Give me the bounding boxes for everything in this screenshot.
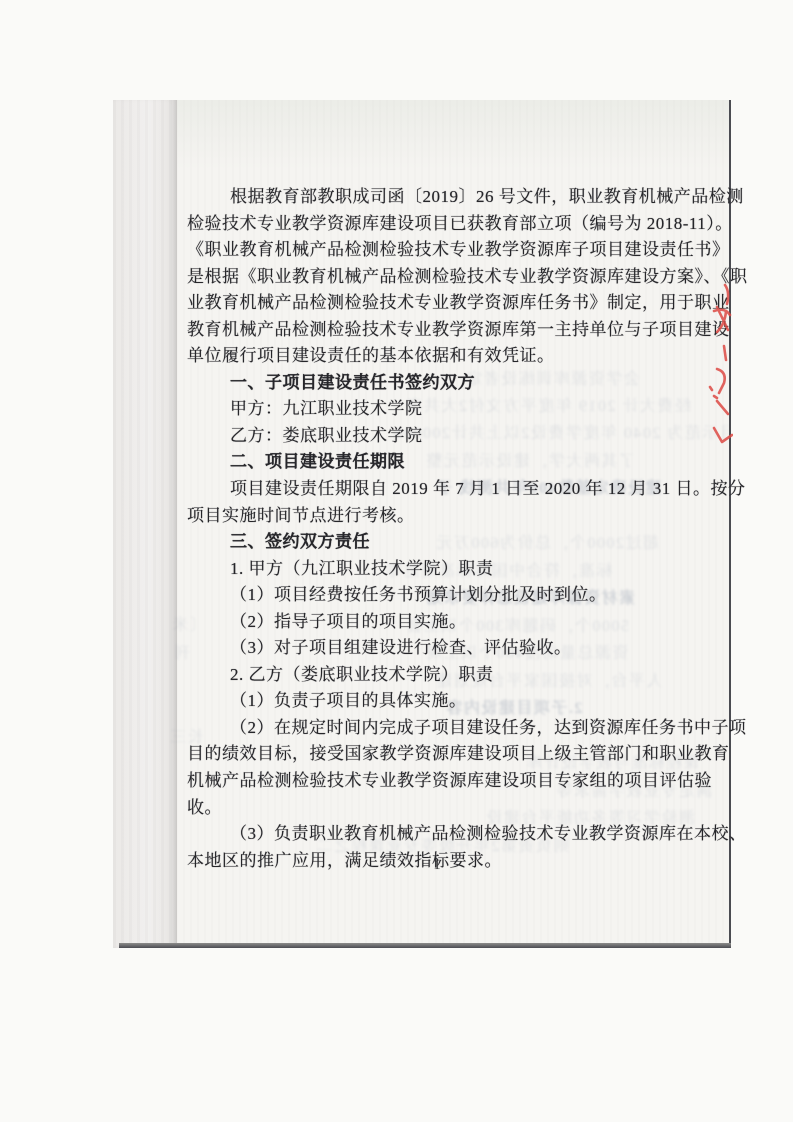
text-line: 检验技术专业教学资源库建设项目已获教育部立项（编号为 2018-11）。 [187, 211, 709, 238]
text-line: 乙方：娄底职业技术学院 [187, 423, 709, 450]
text-line: 教育机械产品检测检验技术专业教学资源库第一主持单位与子项目建设 [187, 317, 709, 344]
text-line: 目的绩效目标，接受国家教学资源库建设项目上级主管部门和职业教育 [187, 741, 709, 768]
text-line: 单位履行项目建设责任的基本依据和有效凭证。 [187, 343, 709, 370]
page-number: 1 [425, 858, 449, 874]
text-line: 项目实施时间节点进行考核。 [187, 503, 709, 530]
text-line: 二、项目建设责任期限 [187, 449, 709, 476]
text-line: 甲方：九江职业技术学院 [187, 396, 709, 423]
text-line: 根据教育部教职成司函〔2019〕26 号文件，职业教育机械产品检测 [187, 184, 709, 211]
text-line: 业教育机械产品检测检验技术专业教学资源库任务书》制定，用于职业 [187, 290, 709, 317]
text-line: 三、签约双方责任 [187, 529, 709, 556]
text-line: （2）在规定时间内完成子项目建设任务，达到资源库任务书中子项 [187, 715, 709, 742]
text-line: （3）对子项目组建设进行检查、评估验收。 [187, 635, 709, 662]
text-line: 收。 [187, 795, 709, 822]
text-line: 机械产品检测检验技术专业教学资源库建设项目专家组的项目评估验 [187, 768, 709, 795]
text-line: （3）负责职业教育机械产品检测检验技术专业教学资源库在本校、 [187, 821, 709, 848]
text-line: （1）负责子项目的具体实施。 [187, 688, 709, 715]
text-line: （2）指导子项目的项目实施。 [187, 609, 709, 636]
text-line: 一、子项目建设责任书签约双方 [187, 370, 709, 397]
text-line: 《职业教育机械产品检测检验技术专业教学资源库子项目建设责任书》 [187, 237, 709, 264]
text-line: 项目建设责任期限自 2019 年 7 月 1 日至 2020 年 12 月 31… [187, 476, 709, 503]
text-line: 1. 甲方（九江职业技术学院）职责 [187, 556, 709, 583]
red-ink-marks [703, 276, 733, 566]
text-line: 2. 乙方（娄底职业技术学院）职责 [187, 662, 709, 689]
page-bottom-edge [119, 943, 731, 948]
document-page: 会学资源库训练设者定经费大计 2019 年度平方文付2大共享划目示范为 2040… [113, 100, 731, 948]
text-line: （1）项目经费按任务书预算计划分批及时到位。 [187, 582, 709, 609]
document-lines: 根据教育部教职成司函〔2019〕26 号文件，职业教育机械产品检测检验技术专业教… [187, 184, 709, 874]
text-line: 是根据《职业教育机械产品检测检验技术专业教学资源库建设方案》、《职 [187, 264, 709, 291]
